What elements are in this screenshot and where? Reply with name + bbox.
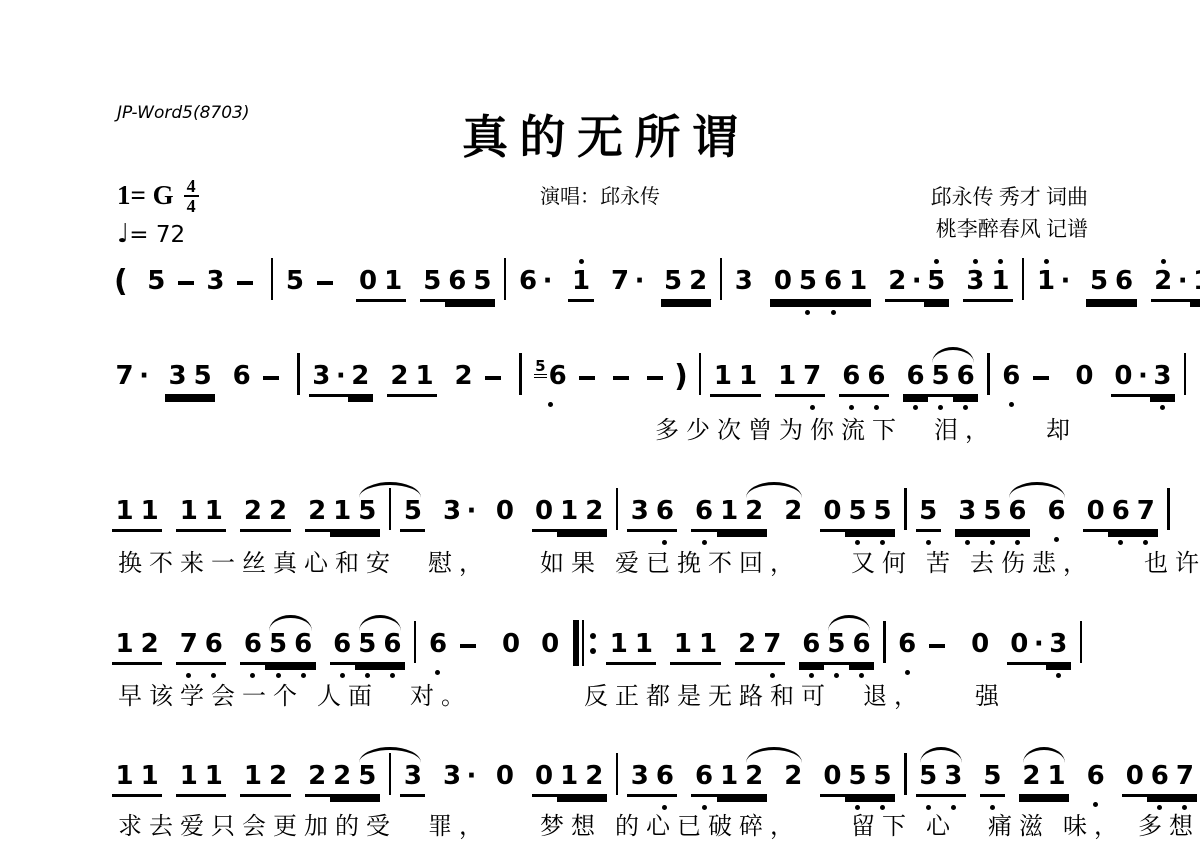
note-glyph: 1 [557, 495, 582, 532]
note-glyph: 6 [691, 760, 716, 797]
note-glyph: 6 [1005, 495, 1030, 532]
note: 1 [568, 255, 593, 319]
quarter-note-icon: ♩ [117, 219, 129, 249]
note-glyph: 1 [735, 360, 760, 397]
octave-dot-below [1056, 673, 1061, 682]
note-glyph: 1 [201, 760, 226, 797]
barline [389, 488, 392, 530]
note: 0 [492, 485, 517, 546]
note-glyph: 1 [988, 265, 1013, 302]
duration-dash [579, 376, 595, 380]
barline [699, 353, 702, 395]
note: 7 [176, 618, 201, 682]
note-glyph: 0 [538, 628, 563, 662]
note: 0 [820, 750, 845, 814]
note-glyph: 1 [240, 760, 265, 797]
augmentation-dot: · [334, 360, 348, 397]
note-glyph: 6 [445, 265, 470, 302]
note: 6 [425, 618, 450, 679]
note-glyph: 6 [1083, 760, 1108, 794]
note-glyph: 5 [870, 495, 895, 532]
note: 2 [582, 485, 607, 549]
note: 7 [1172, 750, 1197, 814]
note-glyph: 5 [980, 495, 1005, 532]
barline [904, 488, 907, 530]
note-glyph: 6 [201, 628, 226, 665]
note: 6 [652, 750, 677, 814]
note: 6 [821, 255, 846, 319]
lyrics-line-3: 换不来一丝真心和安 慰， 如果 爱已挽不回， 又何 苦 去伤悲， 也许 [118, 543, 1200, 578]
augmentation-dot: · [1059, 265, 1073, 299]
barline [297, 353, 300, 395]
octave-dot-above [1044, 255, 1049, 265]
note: 1 [112, 750, 137, 814]
note: 1 [176, 485, 201, 549]
note: 3 [627, 750, 652, 814]
note: 2 [885, 255, 910, 319]
note: 5 [980, 485, 1005, 549]
note-glyph: 6 [330, 628, 355, 665]
note-glyph: 5 [400, 495, 425, 532]
note: · [465, 750, 479, 811]
note: 5 [870, 750, 895, 814]
note-glyph: 6 [1108, 495, 1133, 532]
note: 0 [538, 618, 563, 679]
lyrics-line-2: 多少次曾为你流下 泪， 却 [655, 410, 1077, 445]
note-glyph: 1 [176, 760, 201, 797]
note: 0 [532, 485, 557, 549]
credits: 邱永传 秀才 词曲 桃李醉春风 记谱 [931, 181, 1089, 245]
note-glyph: 6 [515, 265, 540, 299]
note: 1 [412, 350, 437, 414]
note: 1 [670, 618, 695, 682]
note: 2 [348, 350, 373, 414]
note: 2 [240, 485, 265, 549]
note: 6 [849, 618, 874, 682]
note-glyph: 6 [1112, 265, 1137, 302]
note: 2 [1151, 255, 1176, 319]
duration-dash [178, 281, 194, 285]
note-glyph: 2 [387, 360, 412, 397]
note: 1 [1044, 750, 1069, 814]
note-glyph: 1 [112, 760, 137, 797]
note-glyph: 2 [240, 495, 265, 532]
note: 5 [400, 485, 425, 549]
note-glyph: 3 [203, 265, 228, 299]
octave-dot-below [1160, 405, 1165, 414]
note: 3 [955, 485, 980, 549]
note: 6 [799, 618, 824, 682]
begin-repeat-sign [573, 620, 597, 666]
note: 0 [770, 255, 795, 319]
note-glyph: 3 [731, 265, 756, 299]
note-glyph: 3 [1150, 360, 1175, 397]
note-glyph: 6 [849, 628, 874, 665]
note: 1 [1190, 255, 1200, 319]
barline [720, 258, 723, 300]
duration-dash [460, 644, 476, 648]
note-glyph: 1 [1190, 265, 1200, 302]
note-glyph: 2 [451, 360, 476, 394]
note-glyph: 6 [691, 495, 716, 532]
note-glyph: 6 [1044, 495, 1069, 529]
note-glyph: 3 [400, 760, 425, 797]
barline [389, 753, 392, 795]
note: 6 [201, 618, 226, 682]
note-glyph: 1 [201, 495, 226, 532]
note: 2 [265, 485, 290, 549]
music-line-3: 11112221553·001236612205553566067 [112, 485, 1179, 549]
note-glyph: 0 [1072, 360, 1097, 394]
note: 1 [330, 485, 355, 549]
augmentation-dot: · [1032, 628, 1046, 665]
note-glyph: 6 [821, 265, 846, 302]
note: 6 [1147, 750, 1172, 814]
note: 5 [928, 350, 953, 414]
credit-writers: 邱永传 秀才 词曲 [931, 181, 1089, 213]
note: 6 [1005, 485, 1030, 549]
duration-dash [647, 376, 663, 380]
note-glyph: 3 [439, 760, 464, 794]
note-glyph: 5 [824, 628, 849, 665]
credit-notation: 桃李醉春风 记谱 [931, 213, 1089, 245]
duration-dash [1033, 376, 1049, 380]
note: 6 [691, 485, 716, 549]
note: 6 [864, 350, 889, 414]
note-glyph: 2 [330, 760, 355, 797]
slur-group: 22 [742, 485, 806, 549]
note-glyph: 3 [165, 360, 190, 397]
note: 0 [968, 618, 993, 679]
note: 2 [582, 750, 607, 814]
note-glyph: 2 [582, 760, 607, 797]
note: 6 [445, 255, 470, 319]
note-glyph: 56 [531, 360, 571, 394]
note: 0 [1122, 750, 1147, 814]
tempo-marking: ♩= 72 [117, 219, 185, 249]
barline [271, 258, 274, 300]
note: 5 [824, 618, 849, 682]
note-glyph: 7 [176, 628, 201, 665]
note-glyph: 2 [1019, 760, 1044, 797]
note-glyph: 1 [137, 495, 162, 532]
note-glyph: 6 [839, 360, 864, 397]
note-glyph: 1 [557, 760, 582, 797]
key-signature: 1= G 4 4 [117, 180, 199, 218]
time-numerator: 4 [184, 177, 199, 197]
barline [504, 258, 507, 300]
augmentation-dot: · [910, 265, 924, 302]
note: 5 [282, 255, 307, 316]
note: 56 [531, 350, 571, 411]
note: 1 [112, 618, 137, 682]
note-glyph: 2 [582, 495, 607, 532]
note-glyph: 0 [356, 265, 381, 302]
note: · [633, 255, 647, 316]
note-glyph: 1 [670, 628, 695, 665]
barline [1080, 621, 1083, 663]
note-glyph: 6 [999, 360, 1024, 394]
note-glyph: 5 [355, 760, 380, 797]
note-glyph: 3 [1046, 628, 1071, 665]
note: 0 [499, 618, 524, 679]
note-glyph: 7 [760, 628, 785, 665]
note: 1 [735, 350, 760, 414]
note: 6 [903, 350, 928, 414]
note: 6 [652, 485, 677, 549]
note-glyph: 1 [176, 495, 201, 532]
note: 5 [355, 618, 380, 682]
note: 5 [980, 750, 1005, 814]
note: 1 [176, 750, 201, 814]
note: 7 [112, 350, 137, 411]
note-glyph: 1 [775, 360, 800, 397]
augmentation-dot: · [137, 360, 151, 394]
time-signature: 4 4 [184, 177, 199, 215]
note: 5 [420, 255, 445, 319]
note: 5 [144, 255, 169, 316]
note: 2 [387, 350, 412, 414]
note-glyph: 2 [781, 760, 806, 794]
note: 2 [330, 750, 355, 814]
note: 1 [137, 750, 162, 814]
note: 0 [820, 485, 845, 549]
note-glyph: 5 [924, 265, 949, 302]
duration-dash [263, 376, 279, 380]
augmentation-dot: · [633, 265, 647, 299]
note-glyph: 3 [627, 495, 652, 532]
note-glyph: 5 [916, 495, 941, 532]
note: · [465, 485, 479, 546]
note: 5 [916, 485, 941, 549]
note-glyph: 5 [845, 760, 870, 797]
note: 2 [742, 750, 767, 814]
note: 2 [305, 750, 330, 814]
note: 5 [265, 618, 290, 682]
octave-dot-above [934, 255, 939, 265]
barline [519, 353, 522, 395]
note-glyph: 5 [845, 495, 870, 532]
note-glyph: 7 [112, 360, 137, 394]
note: 6 [291, 618, 316, 682]
note: 6 [1112, 255, 1137, 319]
note-glyph: 3 [439, 495, 464, 529]
note: 1 [557, 750, 582, 814]
note-glyph: 6 [799, 628, 824, 665]
note-glyph: 1 [846, 265, 871, 302]
note: 0 [356, 255, 381, 319]
augmentation-dot: · [465, 495, 479, 529]
note: 2 [1019, 750, 1044, 814]
note-glyph: 6 [953, 360, 978, 397]
note-glyph: 5 [190, 360, 215, 397]
note-glyph: 2 [137, 628, 162, 665]
note: 6 [1044, 485, 1069, 549]
note-glyph: 1 [710, 360, 735, 397]
note-glyph: 7 [608, 265, 633, 299]
note: 0 [1111, 350, 1136, 414]
note-glyph: 5 [661, 265, 686, 302]
note: 5 [870, 485, 895, 549]
note: 5 [845, 750, 870, 814]
note-glyph: 6 [240, 628, 265, 665]
note-glyph: 6 [229, 360, 254, 394]
note: 1 [381, 255, 406, 319]
note-glyph: 1 [717, 760, 742, 797]
note-glyph: 0 [1083, 495, 1108, 532]
note: 6 [691, 750, 716, 814]
parenthesis: ) [672, 350, 690, 411]
note: 2 [781, 750, 806, 814]
duration-dash [613, 376, 629, 380]
note-glyph: 0 [1111, 360, 1136, 397]
duration-dash [317, 281, 333, 285]
sheet-music-page: JP-Word5(8703) 真 的 无 所 谓 演唱：邱永传 邱永传 秀才 词… [0, 0, 1200, 850]
note: 3 [963, 255, 988, 319]
note: 6 [953, 350, 978, 414]
barline [904, 753, 907, 795]
barline [987, 353, 990, 395]
note: 6 [515, 255, 540, 316]
note: 5 [470, 255, 495, 319]
barline [1184, 353, 1187, 395]
note: 7 [760, 618, 785, 682]
note: 1 [775, 350, 800, 414]
note-glyph: 5 [144, 265, 169, 299]
note: 2 [742, 485, 767, 549]
note-glyph: 1 [1044, 760, 1069, 797]
note: 1 [240, 750, 265, 814]
note-glyph: 6 [895, 628, 920, 662]
note-glyph: 5 [420, 265, 445, 302]
note-glyph: 6 [425, 628, 450, 662]
note: 5 [916, 750, 941, 814]
duration-dash [237, 281, 253, 285]
note: 3 [1046, 618, 1071, 682]
note: 6 [1083, 750, 1108, 811]
key-label: 1= G [117, 180, 174, 211]
note: 3 [627, 485, 652, 549]
note: 0 [1072, 350, 1097, 411]
note: 2 [686, 255, 711, 319]
slur-group: 66 [1005, 485, 1069, 549]
note-glyph: 6 [903, 360, 928, 397]
note-glyph: 1 [412, 360, 437, 397]
note: 7 [1133, 485, 1158, 549]
note-glyph: 0 [820, 760, 845, 797]
note-glyph: 1 [112, 495, 137, 532]
note-glyph: 3 [963, 265, 988, 302]
note-glyph: 5 [980, 760, 1005, 797]
note-glyph: 2 [735, 628, 760, 665]
note: 3 [400, 750, 425, 814]
note-glyph: 0 [499, 628, 524, 662]
note-glyph: 1 [1033, 265, 1058, 299]
slur-group: 55 [355, 485, 426, 549]
music-line-2: 7·3563·221256)111766656600·3 [112, 350, 1195, 414]
note-glyph: 1 [381, 265, 406, 302]
note-glyph: 6 [652, 760, 677, 797]
song-title: 真 的 无 所 谓 [0, 112, 1200, 165]
note-glyph: 1 [606, 628, 631, 665]
note-glyph: 5 [870, 760, 895, 797]
note-glyph: 5 [355, 628, 380, 665]
lyrics-line-5: 求去爱只会更加的受 罪， 梦想 的心已破碎， 留下 心 痛滋 味， 多想 [118, 806, 1200, 841]
note: 3 [439, 750, 464, 811]
note: 3 [309, 350, 334, 414]
barline [616, 488, 619, 530]
barline [616, 753, 619, 795]
note-glyph: 1 [631, 628, 656, 665]
note: 1 [112, 485, 137, 549]
note-glyph: 1 [137, 760, 162, 797]
music-line-1: (535015656·17·52305612·5311·562·117 [112, 255, 1200, 319]
note-glyph: 2 [1151, 265, 1176, 302]
note: · [1032, 618, 1046, 682]
note: 6 [1108, 485, 1133, 549]
repeat-dots [590, 620, 596, 666]
note: 1 [201, 485, 226, 549]
note-glyph: 5 [282, 265, 307, 299]
note-glyph: 5 [916, 760, 941, 797]
note-glyph: 7 [1172, 760, 1197, 797]
note-glyph: 2 [305, 760, 330, 797]
note: 3 [731, 255, 756, 316]
note-glyph: 1 [330, 495, 355, 532]
note: 2 [735, 618, 760, 682]
note: 6 [229, 350, 254, 411]
note-glyph: 0 [1007, 628, 1032, 665]
note-glyph: 5 [795, 265, 820, 302]
note: 1 [988, 255, 1013, 319]
octave-dot-above [579, 255, 584, 265]
note-glyph: 6 [1147, 760, 1172, 797]
note-glyph: 3 [941, 760, 966, 797]
note: 2 [781, 485, 806, 549]
octave-dot-above [998, 255, 1003, 265]
note-glyph: 2 [742, 495, 767, 532]
note: 2 [137, 618, 162, 682]
note-glyph: 6 [864, 360, 889, 397]
note-glyph: 0 [820, 495, 845, 532]
note: 1 [631, 618, 656, 682]
note-glyph: 6 [652, 495, 677, 532]
augmentation-dot: · [465, 760, 479, 794]
note: · [541, 255, 555, 316]
slur-group: 53 [916, 750, 966, 814]
note-glyph: 1 [696, 628, 721, 665]
grace-note: 5 [534, 359, 546, 378]
tempo-value: = 72 [129, 222, 185, 248]
note-glyph: 0 [968, 628, 993, 662]
note: 3 [941, 750, 966, 814]
octave-dot-below [831, 310, 836, 319]
augmentation-dot: · [1176, 265, 1190, 302]
note-glyph: 5 [470, 265, 495, 302]
note-glyph: 5 [355, 495, 380, 532]
barline [1022, 258, 1025, 300]
note: 0 [1007, 618, 1032, 682]
note-glyph: 2 [265, 760, 290, 797]
note-glyph: ) [672, 360, 690, 394]
note-glyph: 0 [770, 265, 795, 302]
note: 5 [661, 255, 686, 319]
note: 3 [439, 485, 464, 546]
note-glyph: 1 [112, 628, 137, 665]
note: 1 [717, 750, 742, 814]
note-glyph: 5 [928, 360, 953, 397]
note-glyph: 6 [291, 628, 316, 665]
